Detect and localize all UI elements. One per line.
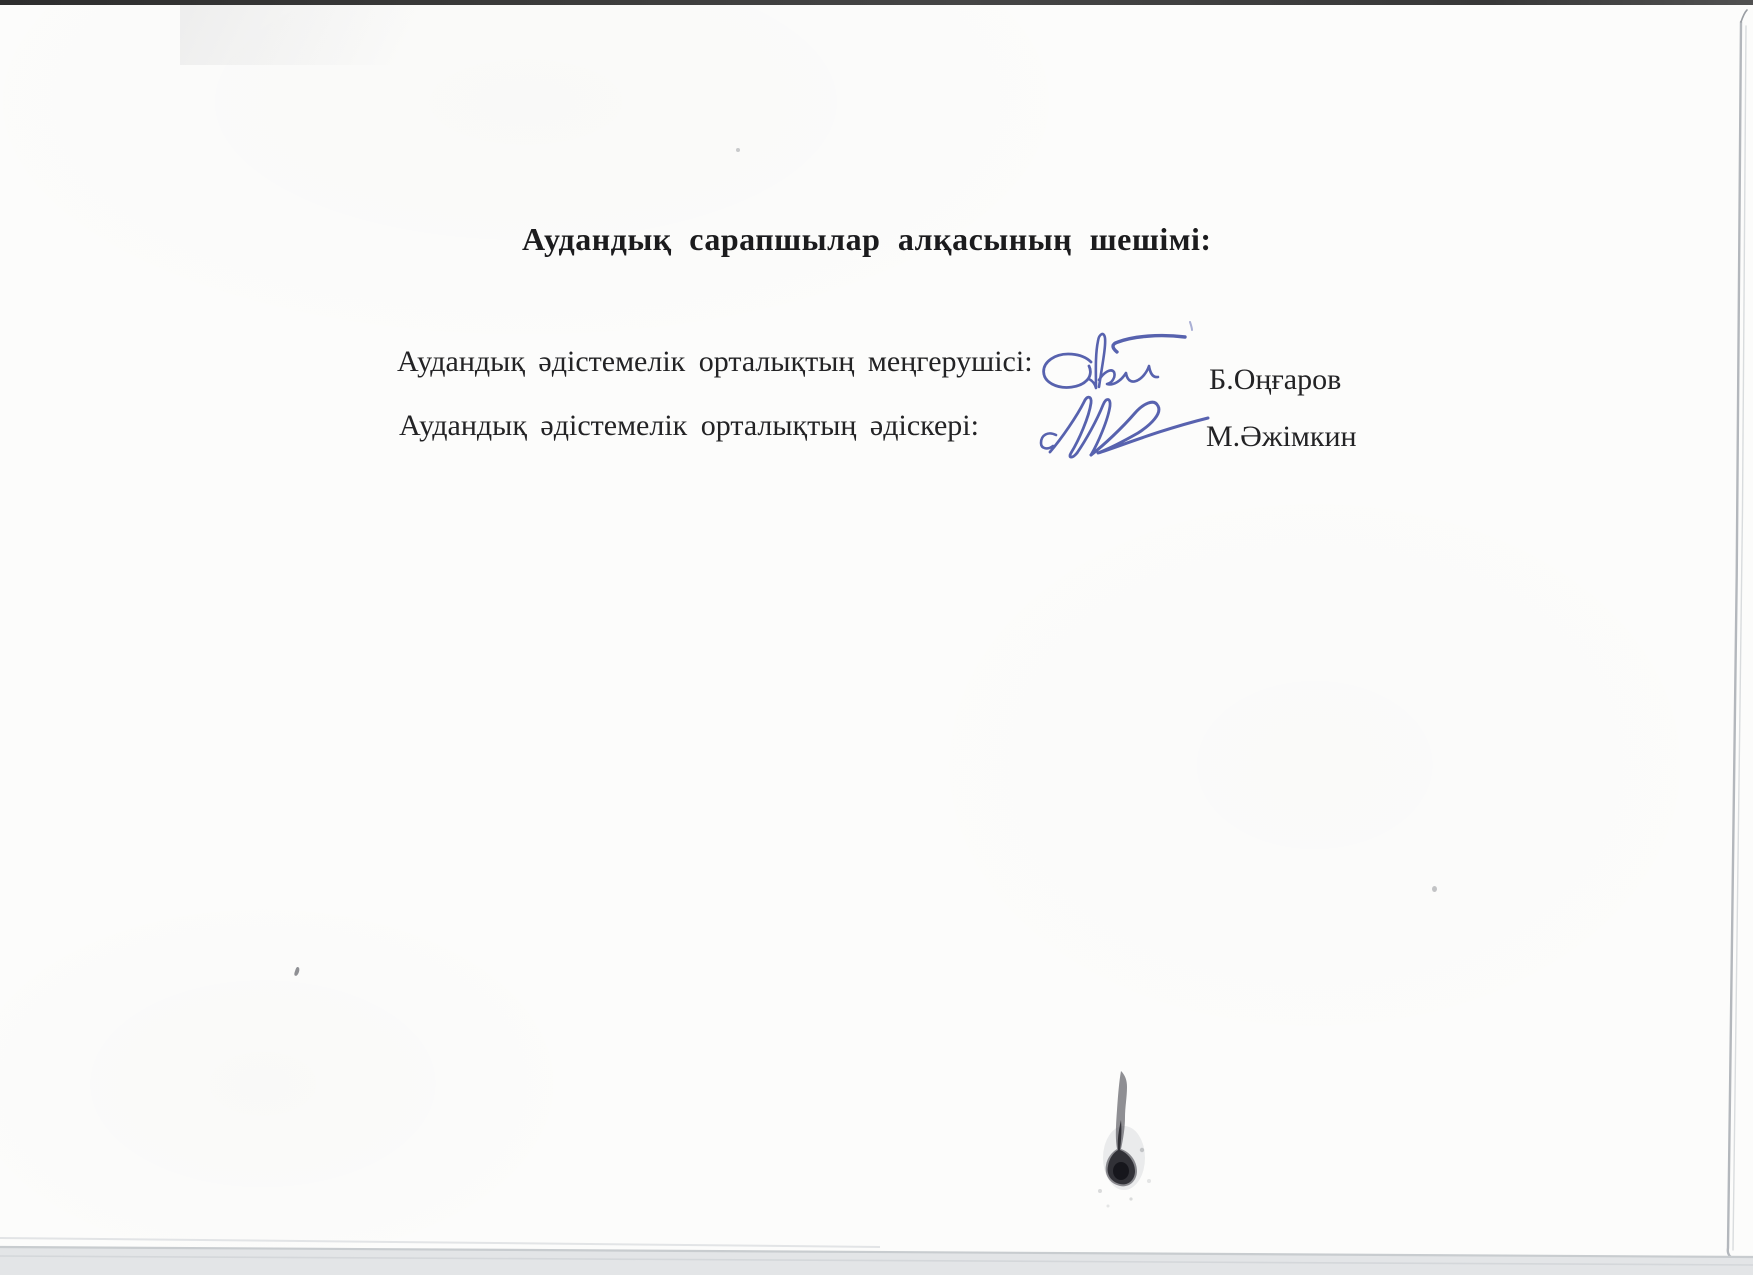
- scanned-document-page: Аудандық сарапшылар алқасының шешімі: Ау…: [0, 0, 1753, 1275]
- ink-blot: [1098, 1071, 1151, 1208]
- paper-speck: [294, 967, 301, 977]
- document-title: Аудандық сарапшылар алқасының шешімі:: [522, 221, 1212, 258]
- role-label-methodist: Аудандық әдістемелік орталықтың әдіскері…: [399, 409, 979, 443]
- role-label-manager: Аудандық әдістемелік орталықтың меңгеруш…: [397, 345, 1033, 379]
- paper-speck: [736, 148, 740, 152]
- handwritten-signature-azhimkin: [1041, 397, 1208, 457]
- signer-name-ongarov: Б.Оңғаров: [1209, 363, 1341, 397]
- signer-name-azhimkin: М.Әжімкин: [1206, 420, 1357, 454]
- paper-curl-shadow: [180, 5, 600, 65]
- paper-speck: [1432, 886, 1437, 892]
- scan-artifacts-overlay: [0, 0, 1753, 1275]
- page-bottom-edge: [0, 1238, 1753, 1275]
- page-right-edge: [1728, 10, 1747, 1259]
- handwritten-signature-ongarov: [1044, 322, 1192, 388]
- scanner-top-edge: [0, 0, 1753, 5]
